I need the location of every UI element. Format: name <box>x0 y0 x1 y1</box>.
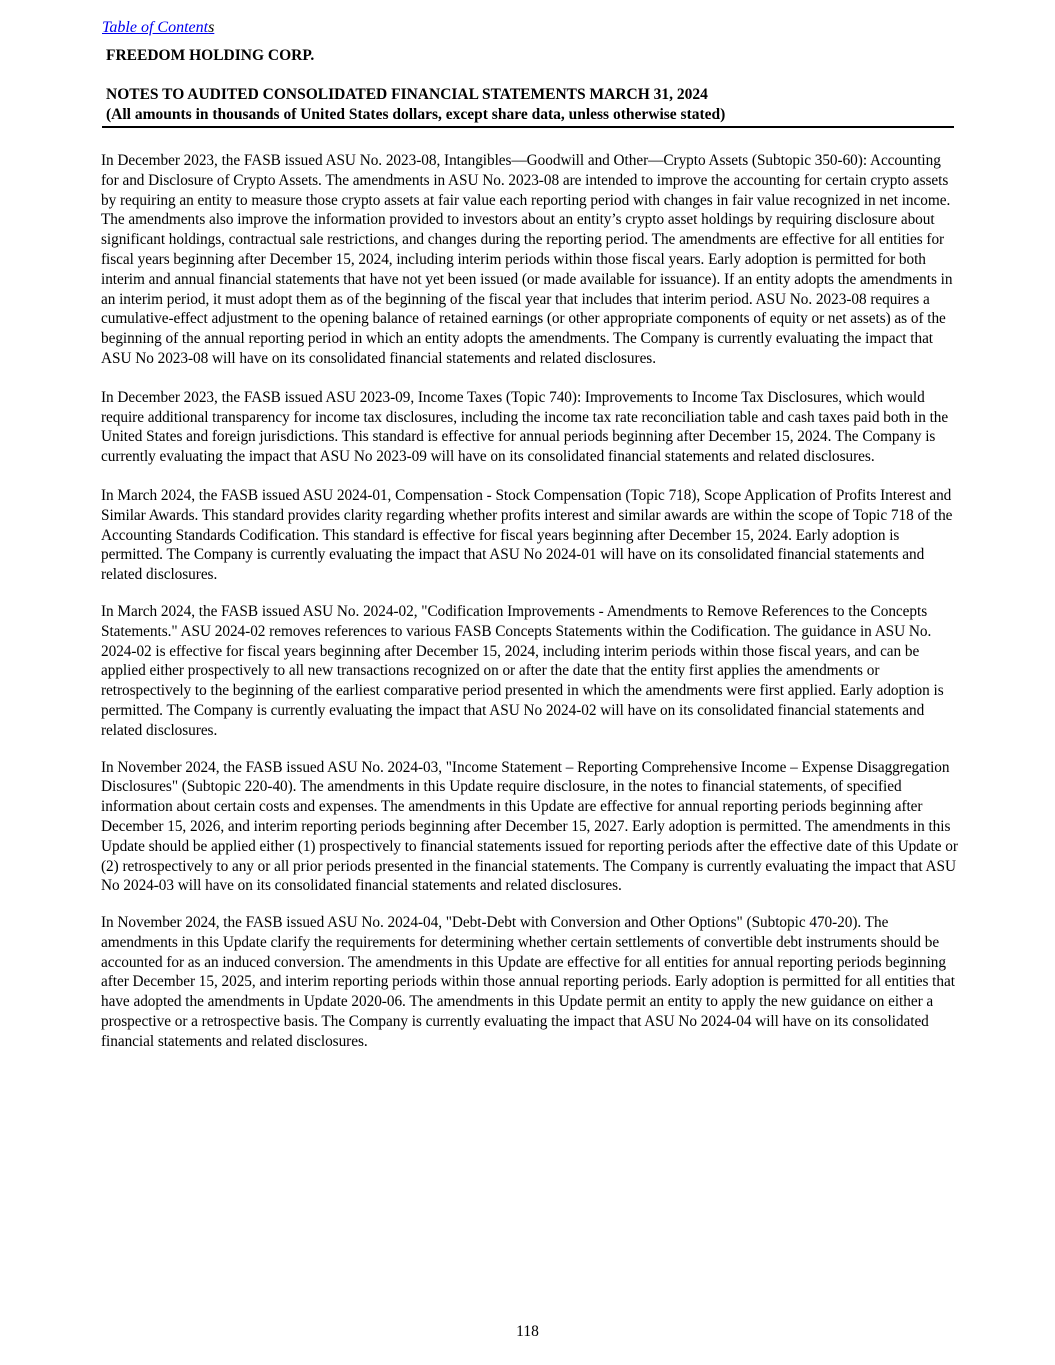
page-number: 118 <box>0 1323 1055 1341</box>
paragraph-asu-2024-03: In November 2024, the FASB issued ASU No… <box>101 758 961 897</box>
notes-body: In December 2023, the FASB issued ASU No… <box>101 151 961 1071</box>
paragraph-asu-2023-08: In December 2023, the FASB issued ASU No… <box>101 151 961 369</box>
toc-link-tail: s <box>208 19 214 36</box>
notes-title: NOTES TO AUDITED CONSOLIDATED FINANCIAL … <box>102 85 954 105</box>
paragraph-asu-2024-04: In November 2024, the FASB issued ASU No… <box>101 913 961 1052</box>
paragraph-asu-2024-02: In March 2024, the FASB issued ASU No. 2… <box>101 602 961 741</box>
table-of-contents-link[interactable]: Table of Contents <box>102 19 214 37</box>
notes-header: NOTES TO AUDITED CONSOLIDATED FINANCIAL … <box>102 85 954 128</box>
company-name: FREEDOM HOLDING CORP. <box>106 47 314 65</box>
paragraph-asu-2024-01: In March 2024, the FASB issued ASU 2024-… <box>101 486 961 585</box>
notes-subtitle: (All amounts in thousands of United Stat… <box>102 105 954 125</box>
paragraph-asu-2023-09: In December 2023, the FASB issued ASU 20… <box>101 388 961 467</box>
toc-link-text[interactable]: Table of Content <box>102 19 208 36</box>
